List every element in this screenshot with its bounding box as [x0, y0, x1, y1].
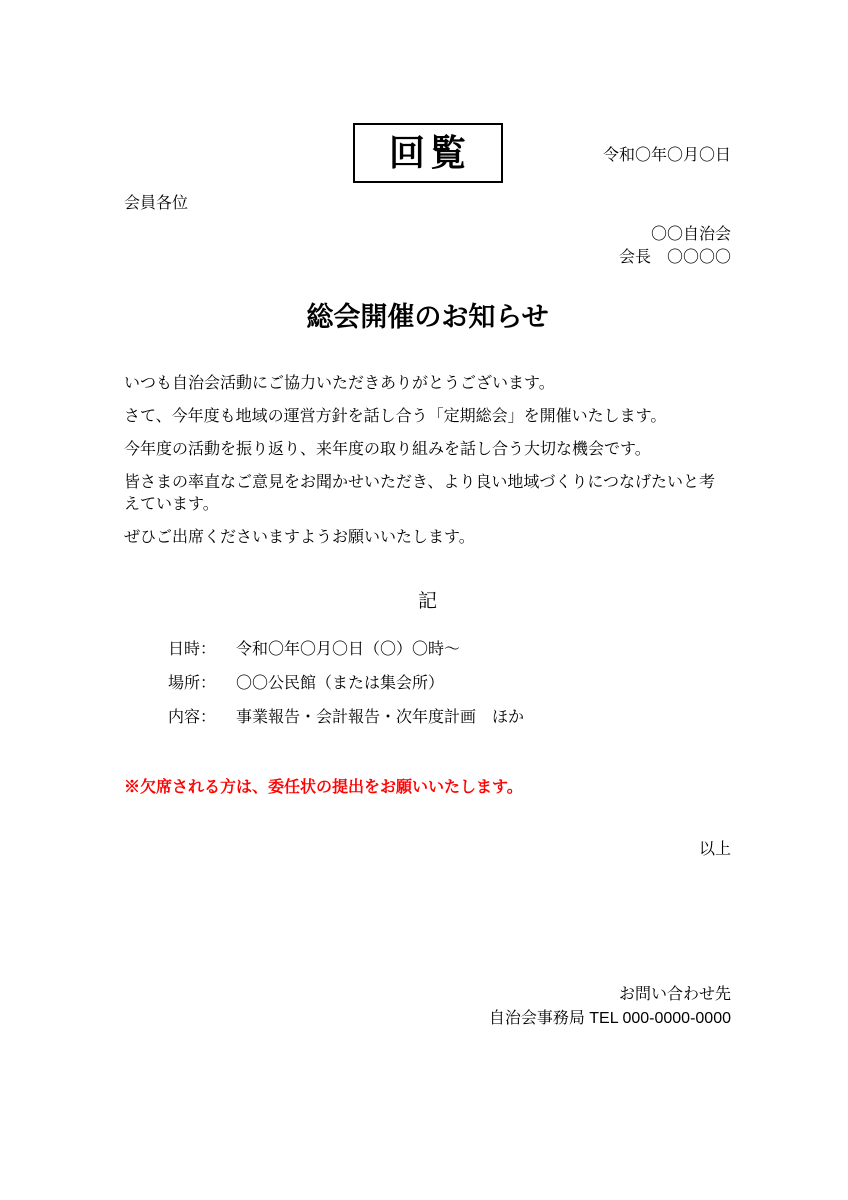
document-header: 回覧 令和〇年〇月〇日: [124, 123, 731, 183]
kairan-label: 回覧: [384, 135, 471, 171]
page-title: 総会開催のお知らせ: [124, 299, 731, 335]
detail-row-agenda: 内容：事業報告・会計報告・次年度計画 ほか: [168, 707, 731, 729]
body-paragraph: 皆さまの率直なご意見をお聞かせいただき、より良い地域づくりにつなげたいと考えてい…: [124, 472, 731, 516]
detail-value: 令和〇年〇月〇日（〇）〇時～: [236, 641, 460, 658]
circular-notice-page: 回覧 令和〇年〇月〇日 会員各位 〇〇自治会 会長 〇〇〇〇 総会開催のお知らせ…: [0, 0, 848, 1200]
detail-label: 日時：: [168, 641, 216, 658]
body-paragraph: ぜひご出席くださいますようお願いいたします。: [124, 527, 731, 549]
contact-heading: お問い合わせ先: [124, 983, 731, 1007]
detail-value: 〇〇公民館（または集会所）: [236, 675, 444, 692]
detail-row-datetime: 日時：令和〇年〇月〇日（〇）〇時～: [168, 639, 731, 661]
body-paragraph: 今年度の活動を振り返り、来年度の取り組みを話し合う大切な機会です。: [124, 439, 731, 461]
sender-org: 〇〇自治会: [124, 223, 731, 246]
details-list: 日時：令和〇年〇月〇日（〇）〇時～ 場所：〇〇公民館（または集会所） 内容：事業…: [168, 639, 731, 729]
detail-value: 事業報告・会計報告・次年度計画 ほか: [236, 709, 524, 726]
body-paragraph: いつも自治会活動にご協力いただきありがとうございます。: [124, 373, 731, 395]
contact-block: お問い合わせ先 自治会事務局 TEL 000-0000-0000: [124, 983, 731, 1031]
body-text: いつも自治会活動にご協力いただきありがとうございます。 さて、今年度も地域の運営…: [124, 373, 731, 549]
detail-row-place: 場所：〇〇公民館（または集会所）: [168, 673, 731, 695]
detail-label: 場所：: [168, 675, 216, 692]
sender-chair: 会長 〇〇〇〇: [124, 246, 731, 269]
detail-label: 内容：: [168, 709, 216, 726]
contact-line: 自治会事務局 TEL 000-0000-0000: [124, 1007, 731, 1031]
absence-note: ※欠席される方は、委任状の提出をお願いいたします。: [124, 777, 731, 799]
sender-block: 〇〇自治会 会長 〇〇〇〇: [124, 223, 731, 269]
recipient: 会員各位: [124, 193, 731, 215]
document-date: 令和〇年〇月〇日: [603, 145, 731, 167]
body-paragraph: さて、今年度も地域の運営方針を話し合う「定期総会」を開催いたします。: [124, 406, 731, 428]
closing-label: 以上: [124, 839, 731, 861]
kairan-stamp-box: 回覧: [353, 123, 503, 183]
ki-label: 記: [124, 589, 731, 615]
